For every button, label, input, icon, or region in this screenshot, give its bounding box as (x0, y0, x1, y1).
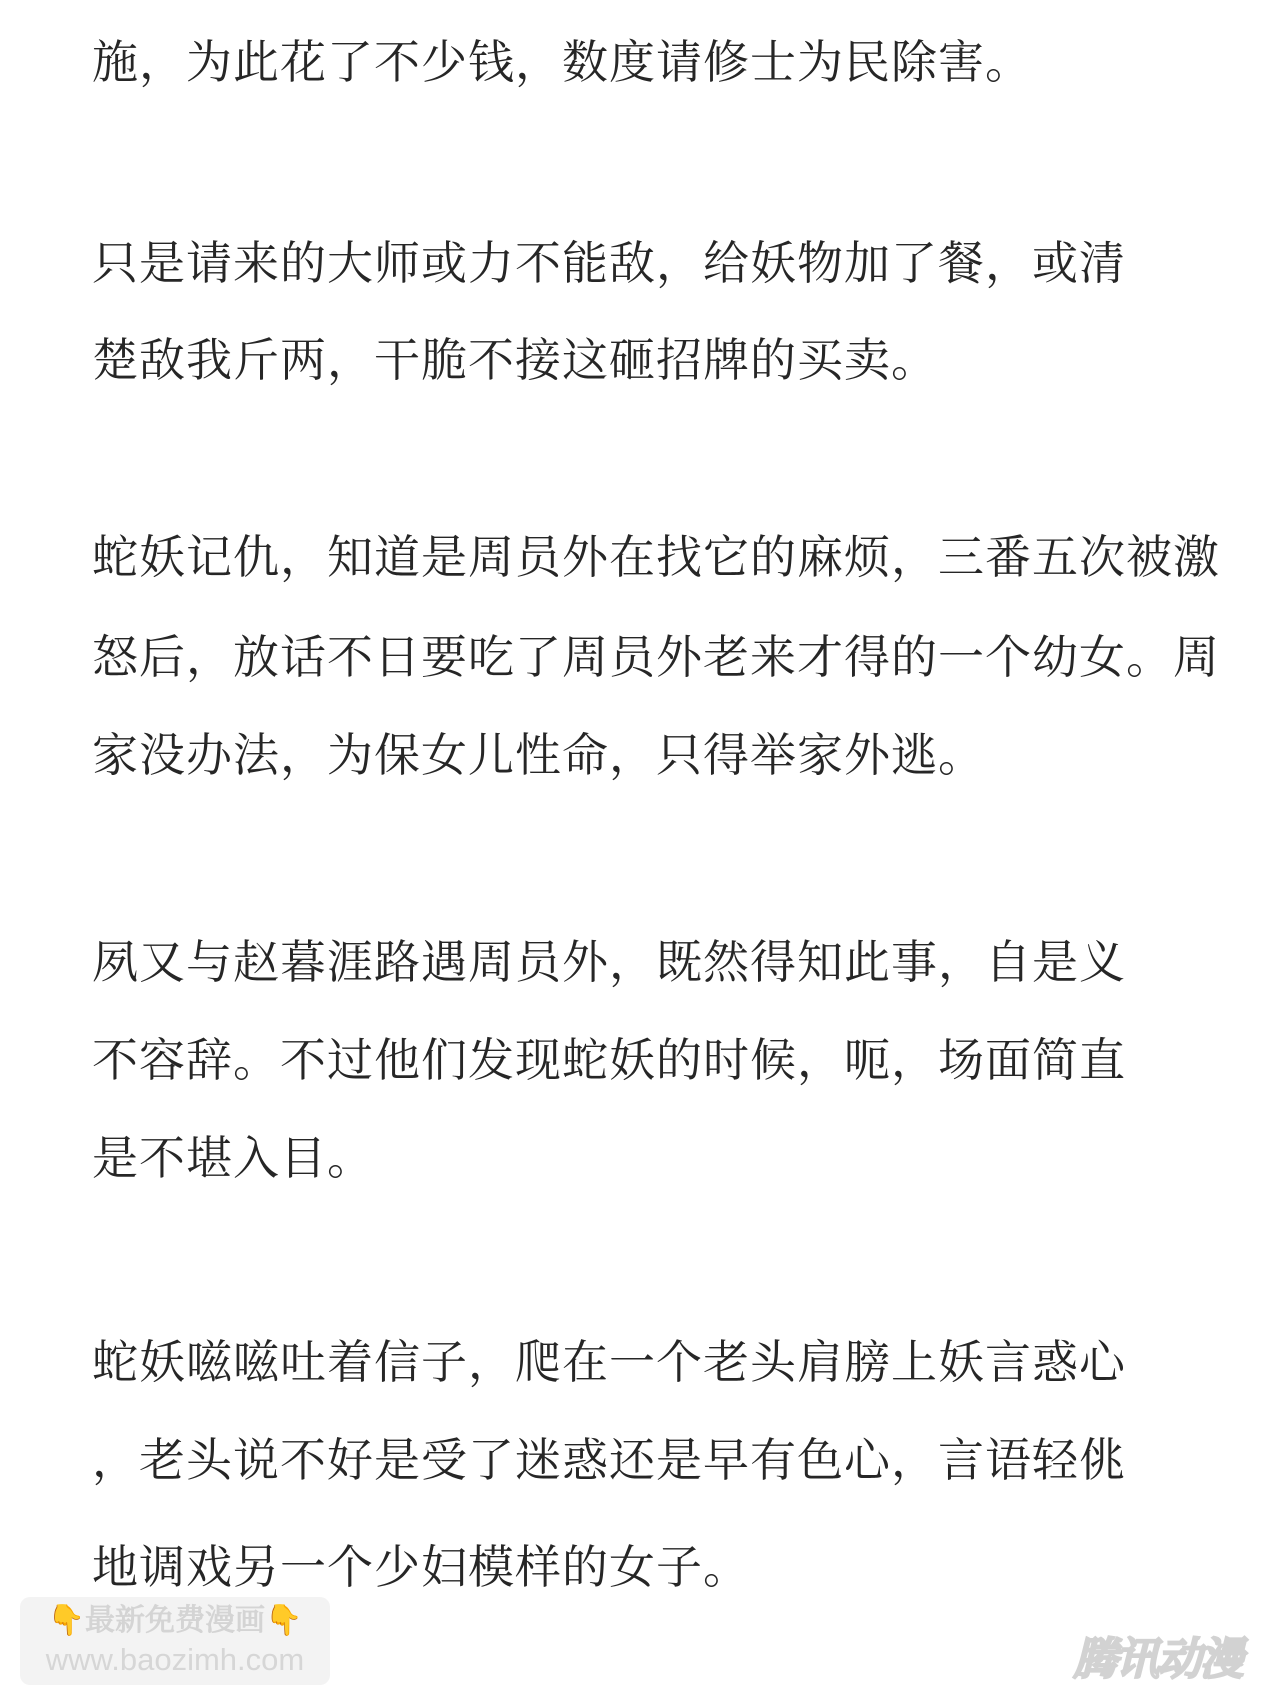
publisher-logo: 腾讯动漫 (1055, 1632, 1260, 1688)
comic-text-page: 施，为此花了不少钱，数度请修士为民除害。 只是请来的大师或力不能敌，给妖物加了餐… (0, 0, 1280, 1707)
paragraph-4-line-2: 不容辞。不过他们发现蛇妖的时候，呃，场面简直 (92, 1032, 1126, 1088)
paragraph-2-line-1: 只是请来的大师或力不能敌，给妖物加了餐，或清 (92, 235, 1126, 291)
watermark-promo: 👇最新免费漫画👇 (20, 1603, 330, 1639)
site-watermark[interactable]: 👇最新免费漫画👇 www.baozimh.com (20, 1597, 330, 1685)
paragraph-5-line-3: 地调戏另一个少妇模样的女子。 (92, 1539, 750, 1595)
watermark-url: www.baozimh.com (20, 1641, 330, 1679)
paragraph-3-line-3: 家没办法，为保女儿性命，只得举家外逃。 (92, 727, 985, 783)
paragraph-5-line-2: ，老头说不好是受了迷惑还是早有色心，言语轻佻 (92, 1432, 1126, 1488)
paragraph-2-line-2: 楚敌我斤两，干脆不接这砸招牌的买卖。 (92, 332, 938, 388)
paragraph-5-line-1: 蛇妖嗞嗞吐着信子，爬在一个老头肩膀上妖言惑心 (92, 1334, 1126, 1390)
pointing-down-hand-icon: 👇 (48, 1603, 85, 1638)
pointing-down-hand-icon: 👇 (265, 1603, 302, 1638)
paragraph-4-line-1: 夙又与赵暮涯路遇周员外，既然得知此事，自是义 (92, 934, 1126, 990)
paragraph-3-line-1: 蛇妖记仇，知道是周员外在找它的麻烦，三番五次被激 (92, 529, 1220, 585)
paragraph-1-line-1: 施，为此花了不少钱，数度请修士为民除害。 (92, 34, 1032, 90)
watermark-promo-text: 最新免费漫画 (85, 1603, 265, 1638)
paragraph-3-line-2: 怒后，放话不日要吃了周员外老来才得的一个幼女。周 (92, 629, 1220, 685)
paragraph-4-line-3: 是不堪入目。 (92, 1130, 374, 1186)
